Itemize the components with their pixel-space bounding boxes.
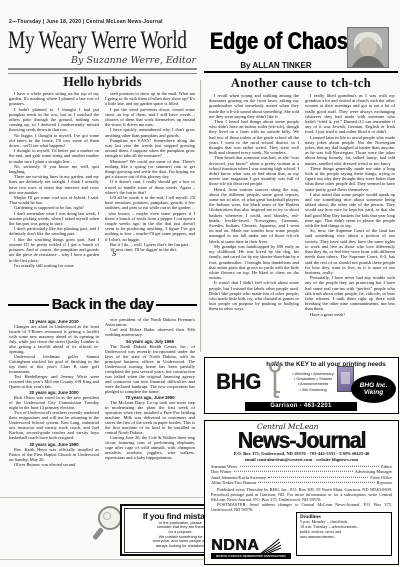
columnist-photo (347, 27, 389, 68)
right-article-column-2: I really liked grandma's as I was with m… (305, 93, 395, 354)
ndna-logo: NDNA NORTH DAKOTA NEWSPAPER ASSOCIATION (211, 538, 291, 560)
back-in-the-day-column-2: vice president of the North Dakota Firem… (105, 317, 195, 497)
paragraph: I don't remember what I was doing last w… (9, 211, 99, 227)
paragraph: There are no-string lines in my garden, … (9, 174, 99, 195)
ndna-full-name: NORTH DAKOTA NEWSPAPER ASSOCIATION (211, 553, 291, 559)
paragraph: Heard, from various sources along the wa… (209, 187, 299, 244)
ndna-acronym: NDNA (211, 538, 259, 553)
paragraph: If it doesn't rain, I really should get … (105, 179, 195, 195)
center-column-rule (200, 80, 201, 352)
bhg-logo-text: BHG (216, 369, 261, 395)
staff-name: Allan Tinker/Tim Hanson (211, 480, 256, 485)
paragraph: Underwood freshman golfer Sammi Cottingh… (9, 354, 99, 374)
left-masthead-byline: By Suzanne Werre, Editor (8, 55, 196, 66)
paragraph: Carl and Eldora Bader observed their 50t… (105, 327, 195, 337)
bhg-inc-line2: Viking (351, 389, 396, 396)
columnist-portrait-graphic (348, 28, 388, 67)
staff-role: Reporter (377, 480, 392, 485)
paragraph: The North Dakota Health Center, Inc., of… (105, 344, 195, 394)
paragraph: Maybe I'll get some cool sort of hybrid,… (9, 195, 99, 205)
paragraph: I have a whole potato sitting on the top… (9, 91, 99, 107)
right-masthead-rule (204, 71, 398, 73)
paragraph: The McLean Dairy Co-op took one more ste… (105, 400, 195, 435)
masthead-paper-name: News-Journal (213, 427, 391, 454)
bhg-inc-line1: BHG Inc. (351, 382, 396, 389)
paragraph: These things generally made me take a lo… (305, 166, 395, 192)
paragraph: Then heard that someone was bad, as she … (209, 155, 299, 186)
paragraph: I put the weed preventer down, tossed so… (105, 107, 195, 128)
paragraph: I like the watching things grow part. An… (9, 237, 99, 263)
paragraph: I'm actually still waiting for some (9, 263, 99, 268)
bhg-phone-bar: Garrison - 463-2201 (245, 402, 357, 411)
ndna-wheat-graphic (259, 538, 281, 553)
dotted-leader (258, 482, 374, 483)
masthead-address-line: P.O. Box 375, Underwood, ND 58576 - 701-… (205, 451, 398, 456)
left-masthead-rule (8, 68, 197, 74)
paragraph: I thought to myself, I'd better put a ma… (9, 148, 99, 164)
paragraph: I really liked grandma's as I was with m… (305, 93, 395, 135)
masthead-publication-info: Published every Thursday by BHG, Inc., P… (211, 487, 392, 512)
paragraph: Moisture? We could use some of that. The… (105, 159, 195, 180)
paragraph: • Silk Screening (285, 387, 341, 392)
left-masthead-title: My Weary Werre World (8, 27, 187, 55)
paragraph: Two of Underwood's teachers recently ten… (9, 410, 99, 440)
dotted-leader (240, 466, 380, 467)
heading-rule-left (8, 304, 49, 306)
back-in-the-day-heading: Back in the day (8, 297, 197, 313)
paragraph: I don't particularly like the planting p… (9, 226, 99, 236)
page-folio: 2—Thursday | June 18, 2020 | Central McL… (9, 19, 163, 25)
paragraph: My grandpa was handicapped by MS early i… (209, 244, 299, 280)
paragraph: Have a great week! (305, 312, 395, 317)
paragraph: vice president of the North Dakota Firem… (105, 317, 195, 327)
staff-row: Allan Tinker/Tim HansonReporter (211, 480, 392, 485)
paragraph: Personally, I have never had any trouble… (305, 275, 395, 311)
paragraph: So, now, the Supreme Court of the land h… (305, 228, 395, 275)
dotted-leader (234, 471, 353, 472)
deadlines-box: Deadlines 5 p.m. Monday – classifieds.10… (296, 512, 392, 556)
paragraph: I have quickly remembered why I don't gr… (105, 127, 195, 137)
paragraph: Pumpkins are EASY! Somewhere along the w… (105, 138, 195, 159)
paragraph: I also noted that some people would spea… (305, 192, 395, 228)
paragraph: It'll all be worth it in the end, I tell… (105, 195, 195, 242)
right-article-headline: Another cause to tch-tch (204, 76, 398, 91)
heading-rule-right (156, 304, 197, 306)
left-article-column-1: I have a whole potato sitting on the top… (9, 91, 99, 298)
masthead-staff-list: Suzanne WerreEditorDon WinterAdvertising… (211, 464, 392, 486)
paragraph: Learned later in life to avoid people wh… (305, 135, 395, 166)
paragraph: Teri Heidelberger and Jeremy Wirtz were … (9, 374, 99, 389)
key-icon (267, 361, 283, 406)
deadlines-text: 5 p.m. Monday – classifieds.10 a.m. Tues… (300, 520, 388, 540)
paragraph: Rev. Keith Heyn was officially installed… (9, 447, 99, 462)
paragraph: S (105, 252, 195, 257)
published-text: Published every Thursday by BHG, Inc., P… (211, 487, 392, 502)
left-article-headline: Hello hybrids (8, 74, 197, 90)
right-masthead-byline: By ALLAN TINKER (206, 61, 346, 70)
paragraph: Oliver Bejnow was elected second (9, 462, 99, 467)
paragraph: Changes are afoot in Underwood as the fr… (9, 324, 99, 354)
right-article-column-1: I recall when young and walking among th… (209, 93, 299, 354)
paragraph: Coming June 26, the Cole & Walters three… (105, 435, 195, 460)
paragraph: seed potatoes to show up in the mail. Wh… (105, 91, 195, 107)
paragraph: It wasn't that I didn't feel tch-tch abo… (209, 280, 299, 311)
paragraph: No, seriously. If you know me well, quit… (9, 164, 99, 174)
paragraph: I hadn't planned to. I thought I had put… (9, 107, 99, 133)
back-in-the-day-title: Back in the day (52, 297, 154, 313)
bhg-inc-badge: BHG Inc. Viking (351, 375, 396, 403)
paragraph: Rick Olson was voted in as the new presi… (9, 395, 99, 410)
paragraph: area announcements. (300, 535, 388, 540)
back-in-the-day-column-1: 10 years ago, June 2010Changes are afoot… (9, 317, 99, 497)
paragraph: I recall when young and walking among th… (209, 93, 299, 119)
masthead-contact-line: email centralmclean@westriv.com - websit… (205, 457, 398, 462)
paragraph: No biggie, I thought to myself. I've got… (9, 133, 99, 149)
bhg-ad: holds the KEY to all your printing needs… (204, 357, 399, 414)
postmaster-text: POSTMASTER: Send address changes to Cent… (211, 502, 392, 512)
masthead-info-box: Central McLean News-Journal P.O. Box 375… (204, 420, 399, 565)
right-masthead-title: Edge of Chaos (210, 28, 348, 56)
paragraph: Then I heard bad things about some peopl… (209, 119, 299, 155)
bhg-services-list: • Wedding • Anniversary• Graduation • Sh… (285, 371, 341, 392)
dotted-leader (268, 477, 368, 478)
left-article-column-2: seed potatoes to show up in the mail. Wh… (105, 91, 195, 298)
